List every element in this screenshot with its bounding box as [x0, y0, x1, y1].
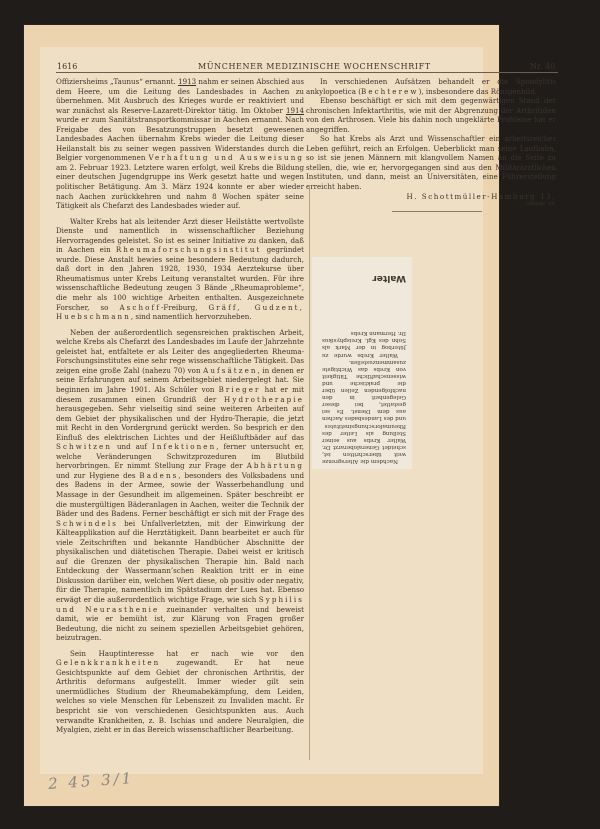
paragraph: Sein Hauptinteresse hat er nach wie vor … [56, 649, 304, 735]
left-column: Offiziersheims „Taunus“ ernannt. 1913 na… [56, 77, 304, 735]
paragraph: Offiziersheims „Taunus“ ernannt. 1913 na… [56, 77, 304, 211]
issue-number: Nr. 40 [530, 62, 555, 71]
clipping-rotated-content: Nachdem die Altersgrenze weit überschrit… [312, 257, 412, 469]
clipping-paragraph: Nachdem die Altersgrenze weit überschrit… [322, 358, 406, 464]
paragraph: In verschiedenen Aufsätzen behandelt er … [306, 77, 556, 96]
paragraph: Ebenso beschäftigt er sich mit dem gegen… [306, 96, 556, 134]
clipping-title: Walter [372, 257, 406, 281]
paragraph: So hat Krebs als Arzt und Wissenschaftle… [306, 134, 556, 191]
paragraph: Neben der außerordentlich segensreichen … [56, 328, 304, 643]
page-number: 1616 [57, 62, 77, 71]
clipping-paragraph: Walter Krebs wurde zu Jüterbog in der Ma… [322, 329, 406, 357]
clipping-text: Nachdem die Altersgrenze weit überschrit… [322, 329, 406, 464]
author-signature: H. Schottmüller-Hamburg 13, [306, 192, 556, 202]
paragraph: Walter Krebs hat als leitender Arzt dies… [56, 217, 304, 322]
author-address: Oberstr. 48. [306, 201, 556, 208]
header-rule [56, 72, 558, 73]
column-separator [309, 185, 310, 760]
newspaper-clipping: Nachdem die Altersgrenze weit überschrit… [312, 257, 412, 469]
journal-title: MÜNCHENER MEDIZINISCHE WOCHENSCHRIFT [198, 62, 431, 71]
right-column: In verschiedenen Aufsätzen behandelt er … [306, 77, 556, 208]
signature-rule [392, 211, 482, 212]
